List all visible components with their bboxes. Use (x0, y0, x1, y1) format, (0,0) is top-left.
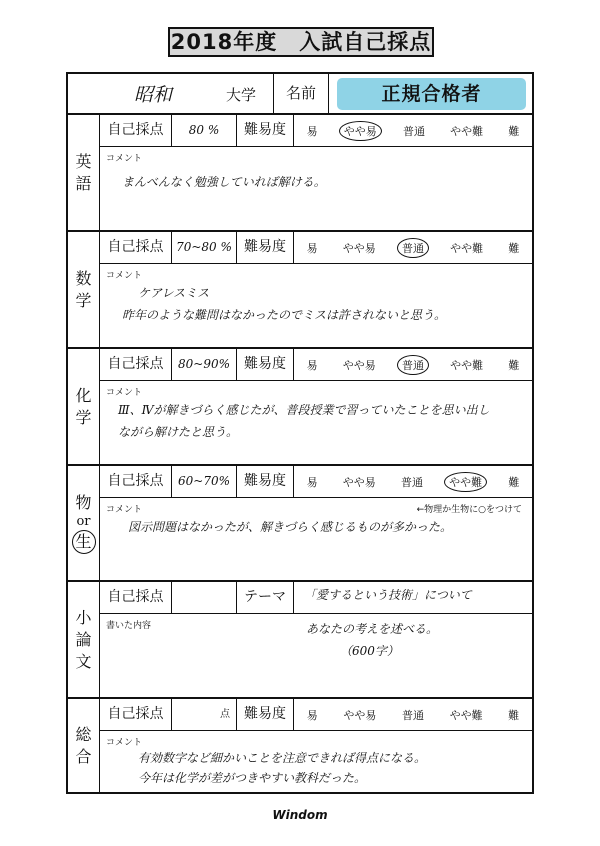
comment-label: コメント (106, 502, 142, 515)
difficulty-options: 易 やや易 普通 やや難 難 (294, 699, 532, 730)
score-row: 自己採点 80 % 難易度 易 やや易 普通 やや難 難 (100, 115, 532, 147)
score-value[interactable]: 80 % (172, 115, 237, 146)
section-physics-or-biology: 物 or 生 自己採点 60~70% 難易度 易 やや易 普通 やや難 難 コメ… (68, 466, 532, 582)
university-field[interactable]: 昭和 大学 (68, 74, 274, 113)
comment-label: コメント (106, 151, 142, 164)
score-value[interactable] (172, 582, 237, 613)
score-sheet: 昭和 大学 名前 正規合格者 英語 自己採点 80 % 難易度 易 やや易 普通… (66, 72, 534, 794)
difficulty-option[interactable]: やや易 (339, 706, 380, 724)
score-row: 自己採点 80~90% 難易度 易 やや易 普通 やや難 難 (100, 349, 532, 381)
comment-line[interactable]: 有効数字など細かいことを注意できれば得点になる。 (138, 749, 426, 766)
score-label: 自己採点 (100, 466, 172, 497)
page-title: 2018年度 入試自己採点 (168, 27, 434, 57)
subject-label: 英語 (68, 115, 100, 230)
subject-name: 総合 (76, 724, 92, 768)
difficulty-option[interactable]: やや難 (446, 239, 487, 257)
comment-line[interactable]: Ⅲ、Ⅳが解きづらく感じたが、普段授業で習っていたことを思い出し (118, 401, 490, 418)
difficulty-option-selected[interactable]: 普通 (397, 355, 429, 375)
instruction-note: ←物理か生物に○をつけて (417, 502, 522, 515)
difficulty-option[interactable]: やや難 (446, 356, 487, 374)
written-line[interactable]: （600字） (340, 642, 399, 659)
difficulty-option[interactable]: 易 (303, 122, 322, 140)
section-chemistry: 化学 自己採点 80~90% 難易度 易 やや易 普通 やや難 難 コメント Ⅲ… (68, 349, 532, 466)
difficulty-label: 難易度 (237, 466, 294, 497)
difficulty-option[interactable]: やや難 (446, 122, 487, 140)
difficulty-options: 易 やや易 普通 やや難 難 (294, 466, 532, 497)
score-label: 自己採点 (100, 232, 172, 263)
comment-line[interactable]: 図示問題はなかったが、解きづらく感じるものが多かった。 (128, 518, 452, 535)
difficulty-option[interactable]: 難 (504, 706, 523, 724)
theme-label: テーマ (237, 582, 294, 613)
comment-line[interactable]: ケアレスミス (138, 284, 209, 301)
comment-line[interactable]: ながら解けたと思う。 (118, 423, 238, 440)
subject-name: 英語 (76, 151, 92, 195)
subject-label: 小論文 (68, 582, 100, 697)
difficulty-option[interactable]: 難 (504, 239, 523, 257)
difficulty-options: 易 やや易 普通 やや難 難 (294, 232, 532, 263)
name-label: 名前 (274, 74, 329, 113)
subject-label: 数学 (68, 232, 100, 347)
difficulty-option[interactable]: 普通 (397, 473, 427, 491)
section-math: 数学 自己採点 70~80 % 難易度 易 やや易 普通 やや難 難 コメント … (68, 232, 532, 349)
subject-or: or (76, 514, 90, 530)
name-value[interactable]: 正規合格者 (337, 78, 526, 110)
section-english: 英語 自己採点 80 % 難易度 易 やや易 普通 やや難 難 コメント まんべ… (68, 115, 532, 232)
score-label: 自己採点 (100, 699, 172, 730)
difficulty-label: 難易度 (237, 699, 294, 730)
written-label: 書いた内容 (106, 618, 151, 631)
subject-label: 総合 (68, 699, 100, 792)
comment-line[interactable]: まんべんなく勉強していれば解ける。 (122, 173, 326, 190)
comment-label: コメント (106, 268, 142, 281)
difficulty-option[interactable]: 易 (303, 473, 322, 491)
comment-line[interactable]: 昨年のような難問はなかったのでミスは許されないと思う。 (122, 306, 446, 323)
written-line[interactable]: あなたの考えを述べる。 (306, 620, 438, 637)
comment-label: コメント (106, 385, 142, 398)
difficulty-option[interactable]: 難 (504, 122, 523, 140)
score-value[interactable]: 80~90% (172, 349, 237, 380)
score-value[interactable]: 60~70% (172, 466, 237, 497)
difficulty-option[interactable]: やや易 (339, 473, 380, 491)
subject-name: 数学 (76, 268, 92, 312)
difficulty-option-selected[interactable]: やや易 (339, 121, 382, 141)
university-value: 昭和 (134, 80, 172, 107)
score-unit[interactable]: 点 (172, 699, 237, 730)
score-label: 自己採点 (100, 115, 172, 146)
theme-value[interactable]: 「愛するという技術」について (304, 586, 472, 603)
difficulty-label: 難易度 (237, 232, 294, 263)
difficulty-option[interactable]: 普通 (399, 122, 429, 140)
difficulty-label: 難易度 (237, 115, 294, 146)
header-row: 昭和 大学 名前 正規合格者 (68, 74, 532, 115)
score-row: 自己採点 テーマ 「愛するという技術」について (100, 582, 532, 614)
difficulty-options: 易 やや易 普通 やや難 難 (294, 349, 532, 380)
score-row: 自己採点 70~80 % 難易度 易 やや易 普通 やや難 難 (100, 232, 532, 264)
comment-label: コメント (106, 735, 142, 748)
difficulty-label: 難易度 (237, 349, 294, 380)
difficulty-option[interactable]: やや易 (339, 239, 380, 257)
score-value[interactable]: 70~80 % (172, 232, 237, 263)
comment-line[interactable]: 今年は化学が差がつきやすい教科だった。 (138, 769, 366, 786)
difficulty-option-selected[interactable]: 普通 (397, 238, 429, 258)
difficulty-option[interactable]: 難 (504, 473, 523, 491)
score-row: 自己採点 点 難易度 易 やや易 普通 やや難 難 (100, 699, 532, 731)
university-label: 大学 (226, 84, 256, 105)
section-essay: 小論文 自己採点 テーマ 「愛するという技術」について 書いた内容 あなたの考え… (68, 582, 532, 699)
difficulty-options: 易 やや易 普通 やや難 難 (294, 115, 532, 146)
subject-label: 物 or 生 (68, 466, 100, 580)
difficulty-option-selected[interactable]: やや難 (444, 472, 487, 492)
brand-footer: Windom (0, 808, 600, 822)
score-label: 自己採点 (100, 349, 172, 380)
section-overall: 総合 自己採点 点 難易度 易 やや易 普通 やや難 難 コメント 有効数字など… (68, 699, 532, 792)
difficulty-option[interactable]: やや易 (339, 356, 380, 374)
difficulty-option[interactable]: 易 (303, 239, 322, 257)
difficulty-option[interactable]: 普通 (398, 706, 428, 724)
difficulty-option[interactable]: 易 (303, 356, 322, 374)
score-label: 自己採点 (100, 582, 172, 613)
difficulty-option[interactable]: やや難 (446, 706, 487, 724)
subject-name: 小論文 (76, 607, 92, 673)
difficulty-option[interactable]: 難 (504, 356, 523, 374)
subject-biology-selected[interactable]: 生 (72, 530, 96, 554)
subject-physics[interactable]: 物 (75, 492, 91, 514)
subject-name: 化学 (76, 385, 92, 429)
subject-label: 化学 (68, 349, 100, 464)
score-row: 自己採点 60~70% 難易度 易 やや易 普通 やや難 難 (100, 466, 532, 498)
difficulty-option[interactable]: 易 (303, 706, 322, 724)
